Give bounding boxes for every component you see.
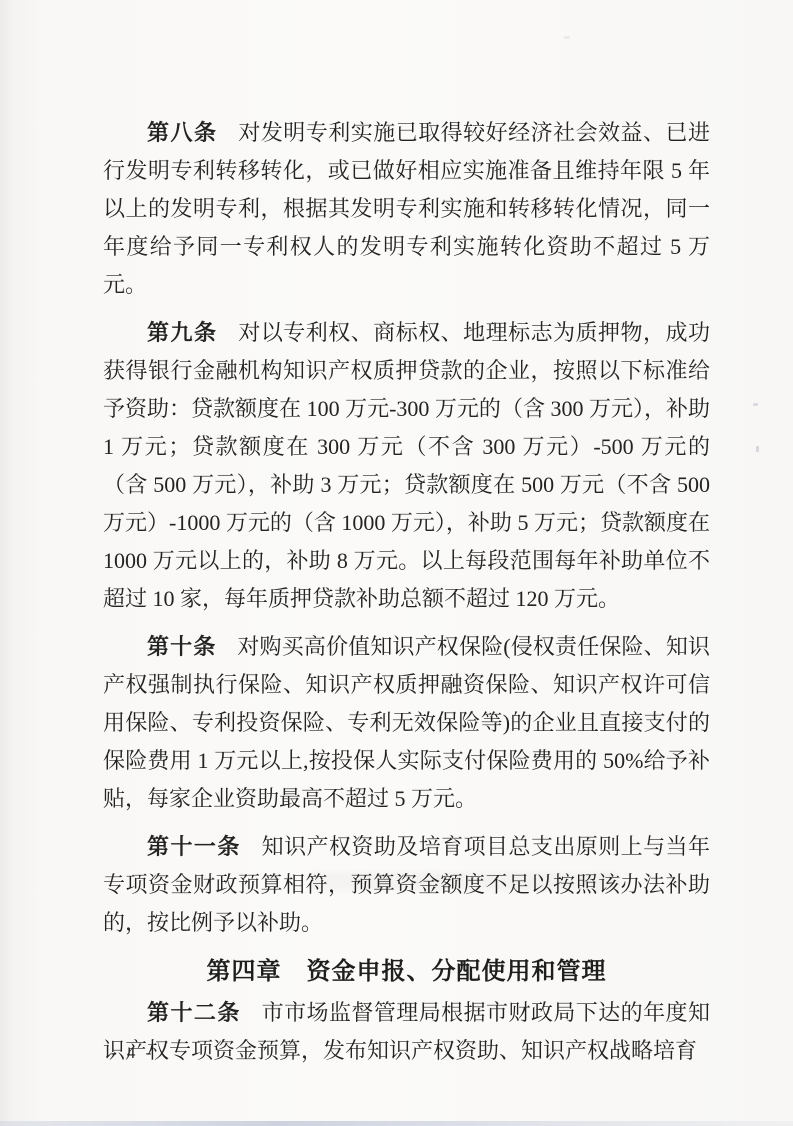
- article-9-text: 对以专利权、商标权、地理标志为质押物，成功获得银行金融机构知识产权质押贷款的企业…: [103, 320, 710, 611]
- article-9-paragraph: 第九条对以专利权、商标权、地理标志为质押物，成功获得银行金融机构知识产权质押贷款…: [103, 314, 710, 618]
- article-12-term: 第十二条: [147, 1000, 241, 1025]
- scan-speck: [564, 36, 570, 39]
- chapter-4-heading: 第四章 资金申报、分配使用和管理: [103, 952, 710, 990]
- article-11-paragraph: 第十一条知识产权资助及培育项目总支出原则上与当年专项资金财政预算相符，预算资金额…: [103, 828, 710, 942]
- article-10-text: 对购买高价值知识产权保险(侵权责任保险、知识产权强制执行保险、知识产权质押融资保…: [103, 634, 710, 811]
- article-9-term: 第九条: [147, 320, 217, 345]
- page-number: - 4 -: [111, 1043, 154, 1063]
- document-body: 第八条对发明专利实施已取得较好经济社会效益、已进行发明专利转移转化，或已做好相应…: [103, 114, 710, 1080]
- scan-speck: [756, 446, 759, 452]
- scanned-document-page: 第八条对发明专利实施已取得较好经济社会效益、已进行发明专利转移转化，或已做好相应…: [0, 0, 793, 1126]
- article-10-term: 第十条: [147, 634, 216, 659]
- article-12-paragraph: 第十二条市市场监督管理局根据市财政局下达的年度知识产权专项资金预算，发布知识产权…: [103, 994, 710, 1070]
- article-10-paragraph: 第十条对购买高价值知识产权保险(侵权责任保险、知识产权强制执行保险、知识产权质押…: [103, 628, 710, 818]
- scan-speck: [753, 403, 758, 406]
- article-8-text: 对发明专利实施已取得较好经济社会效益、已进行发明专利转移转化，或已做好相应实施准…: [103, 120, 710, 297]
- article-11-term: 第十一条: [147, 834, 241, 859]
- article-8-term: 第八条: [147, 120, 217, 145]
- scan-edge-bottom: [0, 1121, 793, 1126]
- article-8-paragraph: 第八条对发明专利实施已取得较好经济社会效益、已进行发明专利转移转化，或已做好相应…: [103, 114, 710, 304]
